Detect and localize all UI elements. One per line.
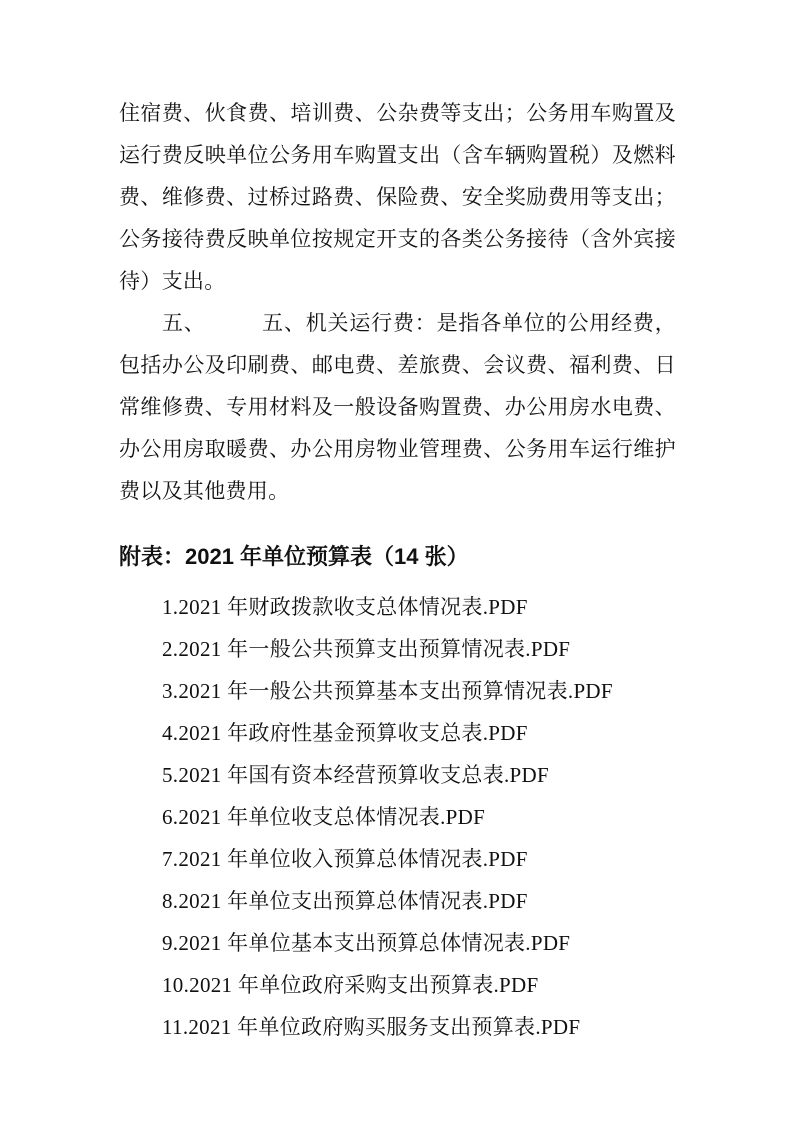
attachment-list-item: 10.2021 年单位政府采购支出预算表.PDF — [119, 964, 676, 1006]
attachments-heading: 附表：2021 年单位预算表（14 张） — [119, 536, 676, 578]
list-number-label: 五、 — [162, 311, 206, 335]
page-content: 住宿费、伙食费、培训费、公杂费等支出；公务用车购置及运行费反映单位公务用车购置支… — [119, 92, 676, 1048]
paragraph-agency-operating-expenses: 五、五、机关运行费：是指各单位的公用经费，包括办公及印刷费、邮电费、差旅费、会议… — [119, 302, 676, 512]
attachment-list-item: 8.2021 年单位支出预算总体情况表.PDF — [119, 880, 676, 922]
attachment-list-item: 9.2021 年单位基本支出预算总体情况表.PDF — [119, 922, 676, 964]
attachment-list: 1.2021 年财政拨款收支总体情况表.PDF 2.2021 年一般公共预算支出… — [119, 586, 676, 1048]
paragraph-expenses-continued: 住宿费、伙食费、培训费、公杂费等支出；公务用车购置及运行费反映单位公务用车购置支… — [119, 92, 676, 302]
attachment-list-item: 6.2021 年单位收支总体情况表.PDF — [119, 796, 676, 838]
attachment-list-item: 7.2021 年单位收入预算总体情况表.PDF — [119, 838, 676, 880]
document-page: 住宿费、伙食费、培训费、公杂费等支出；公务用车购置及运行费反映单位公务用车购置支… — [0, 0, 793, 1122]
paragraph-body-text: 五、机关运行费：是指各单位的公用经费，包括办公及印刷费、邮电费、差旅费、会议费、… — [119, 311, 676, 503]
attachment-list-item: 5.2021 年国有资本经营预算收支总表.PDF — [119, 754, 676, 796]
attachment-list-item: 1.2021 年财政拨款收支总体情况表.PDF — [119, 586, 676, 628]
attachment-list-item: 2.2021 年一般公共预算支出预算情况表.PDF — [119, 628, 676, 670]
attachment-list-item: 3.2021 年一般公共预算基本支出预算情况表.PDF — [119, 670, 676, 712]
attachment-list-item: 4.2021 年政府性基金预算收支总表.PDF — [119, 712, 676, 754]
attachment-list-item: 11.2021 年单位政府购买服务支出预算表.PDF — [119, 1006, 676, 1048]
